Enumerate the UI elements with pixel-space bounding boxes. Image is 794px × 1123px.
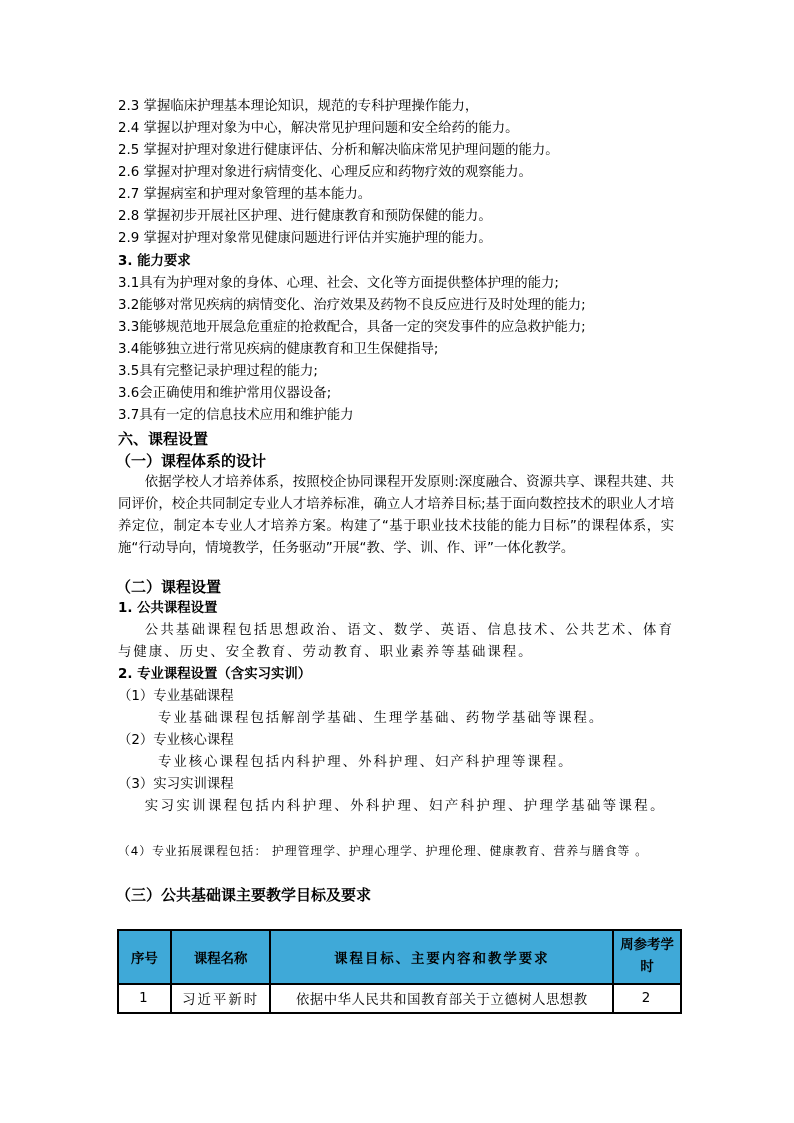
- paragraph: 公共基础课程包括思想政治、语文、数学、英语、信息技术、公共艺术、体育与健康、历史…: [118, 620, 674, 664]
- practice-course-title: （3）实习实训课程: [118, 774, 234, 796]
- subsection-heading: （三）公共基础课主要教学目标及要求: [116, 884, 371, 906]
- paragraph: 专业基础课程包括解剖学基础、生理学基础、药物学基础等课程。: [158, 708, 604, 730]
- public-course-heading: 1. 公共课程设置: [118, 598, 217, 620]
- list-item: 3.3能够规范地开展急危重症的抢救配合，具备一定的突发事件的应急救护能力;: [118, 317, 586, 339]
- header-cell: 课程目标、主要内容和教学要求: [270, 930, 613, 984]
- header-cell: 课程名称: [171, 930, 271, 984]
- course-table: 序号 课程名称 课程目标、主要内容和教学要求 周参考学时 1 习近平新时 依据中…: [117, 929, 682, 1014]
- core-course-title: （2）专业核心课程: [118, 730, 234, 752]
- list-item: 2.6 掌握对护理对象进行病情变化、心理反应和药物疗效的观察能力。: [118, 162, 532, 184]
- list-item: 3.2能够对常见疾病的病情变化、治疗效果及药物不良反应进行及时处理的能力;: [118, 295, 586, 317]
- list-item: 2.8 掌握初步开展社区护理、进行健康教育和预防保健的能力。: [118, 206, 492, 228]
- list-item: 2.7 掌握病室和护理对象管理的基本能力。: [118, 184, 371, 206]
- table-row: 1 习近平新时 依据中华人民共和国教育部关于立德树人思想教 2: [118, 984, 681, 1013]
- list-item: 3.4能够独立进行常见疾病的健康教育和卫生保健指导;: [118, 339, 438, 361]
- header-cell: 序号: [118, 930, 171, 984]
- list-item: 3.6会正确使用和维护常用仪器设备;: [118, 383, 331, 405]
- paragraph: 实习实训课程包括内科护理、外科护理、妇产科护理、护理学基础等课程。: [118, 796, 674, 818]
- table-cell: 1: [118, 984, 171, 1013]
- section3-heading: 3. 能力要求: [118, 251, 191, 273]
- list-item: 2.5 掌握对护理对象进行健康评估、分析和解决临床常见护理问题的能力。: [118, 140, 559, 162]
- list-item: 3.1具有为护理对象的身体、心理、社会、文化等方面提供整体护理的能力;: [118, 273, 559, 295]
- subsection-heading: （二）课程设置: [116, 576, 221, 598]
- list-item: 2.4 掌握以护理对象为中心，解决常见护理问题和安全给药的能力。: [118, 118, 519, 140]
- professional-course-heading: 2. 专业课程设置（含实习实训）: [118, 664, 311, 686]
- table-cell: 习近平新时: [171, 984, 271, 1013]
- subsection-heading: （一）课程体系的设计: [116, 450, 266, 472]
- list-item: 3.7具有一定的信息技术应用和维护能力: [118, 405, 354, 427]
- table-cell: 2: [613, 984, 681, 1013]
- table-cell: 依据中华人民共和国教育部关于立德树人思想教: [270, 984, 613, 1013]
- chapter-heading: 六、课程设置: [118, 428, 208, 450]
- paragraph: 专业核心课程包括内科护理、外科护理、妇产科护理等课程。: [158, 752, 574, 774]
- list-item: 2.3 掌握临床护理基本理论知识，规范的专科护理操作能力，: [118, 96, 478, 118]
- table-header-row: 序号 课程名称 课程目标、主要内容和教学要求 周参考学时: [118, 930, 681, 984]
- header-cell: 周参考学时: [613, 930, 681, 984]
- list-item: 2.9 掌握对护理对象常见健康问题进行评估并实施护理的能力。: [118, 228, 492, 250]
- basic-course-title: （1）专业基础课程: [118, 686, 234, 708]
- paragraph: 依据学校人才培养体系，按照校企协同课程开发原则:深度融合、资源共享、课程共建、共…: [118, 472, 674, 560]
- extension-course-paragraph: （4）专业拓展课程包括： 护理管理学、护理心理学、护理伦理、健康教育、营养与膳食…: [118, 840, 674, 862]
- list-item: 3.5具有完整记录护理过程的能力;: [118, 361, 318, 383]
